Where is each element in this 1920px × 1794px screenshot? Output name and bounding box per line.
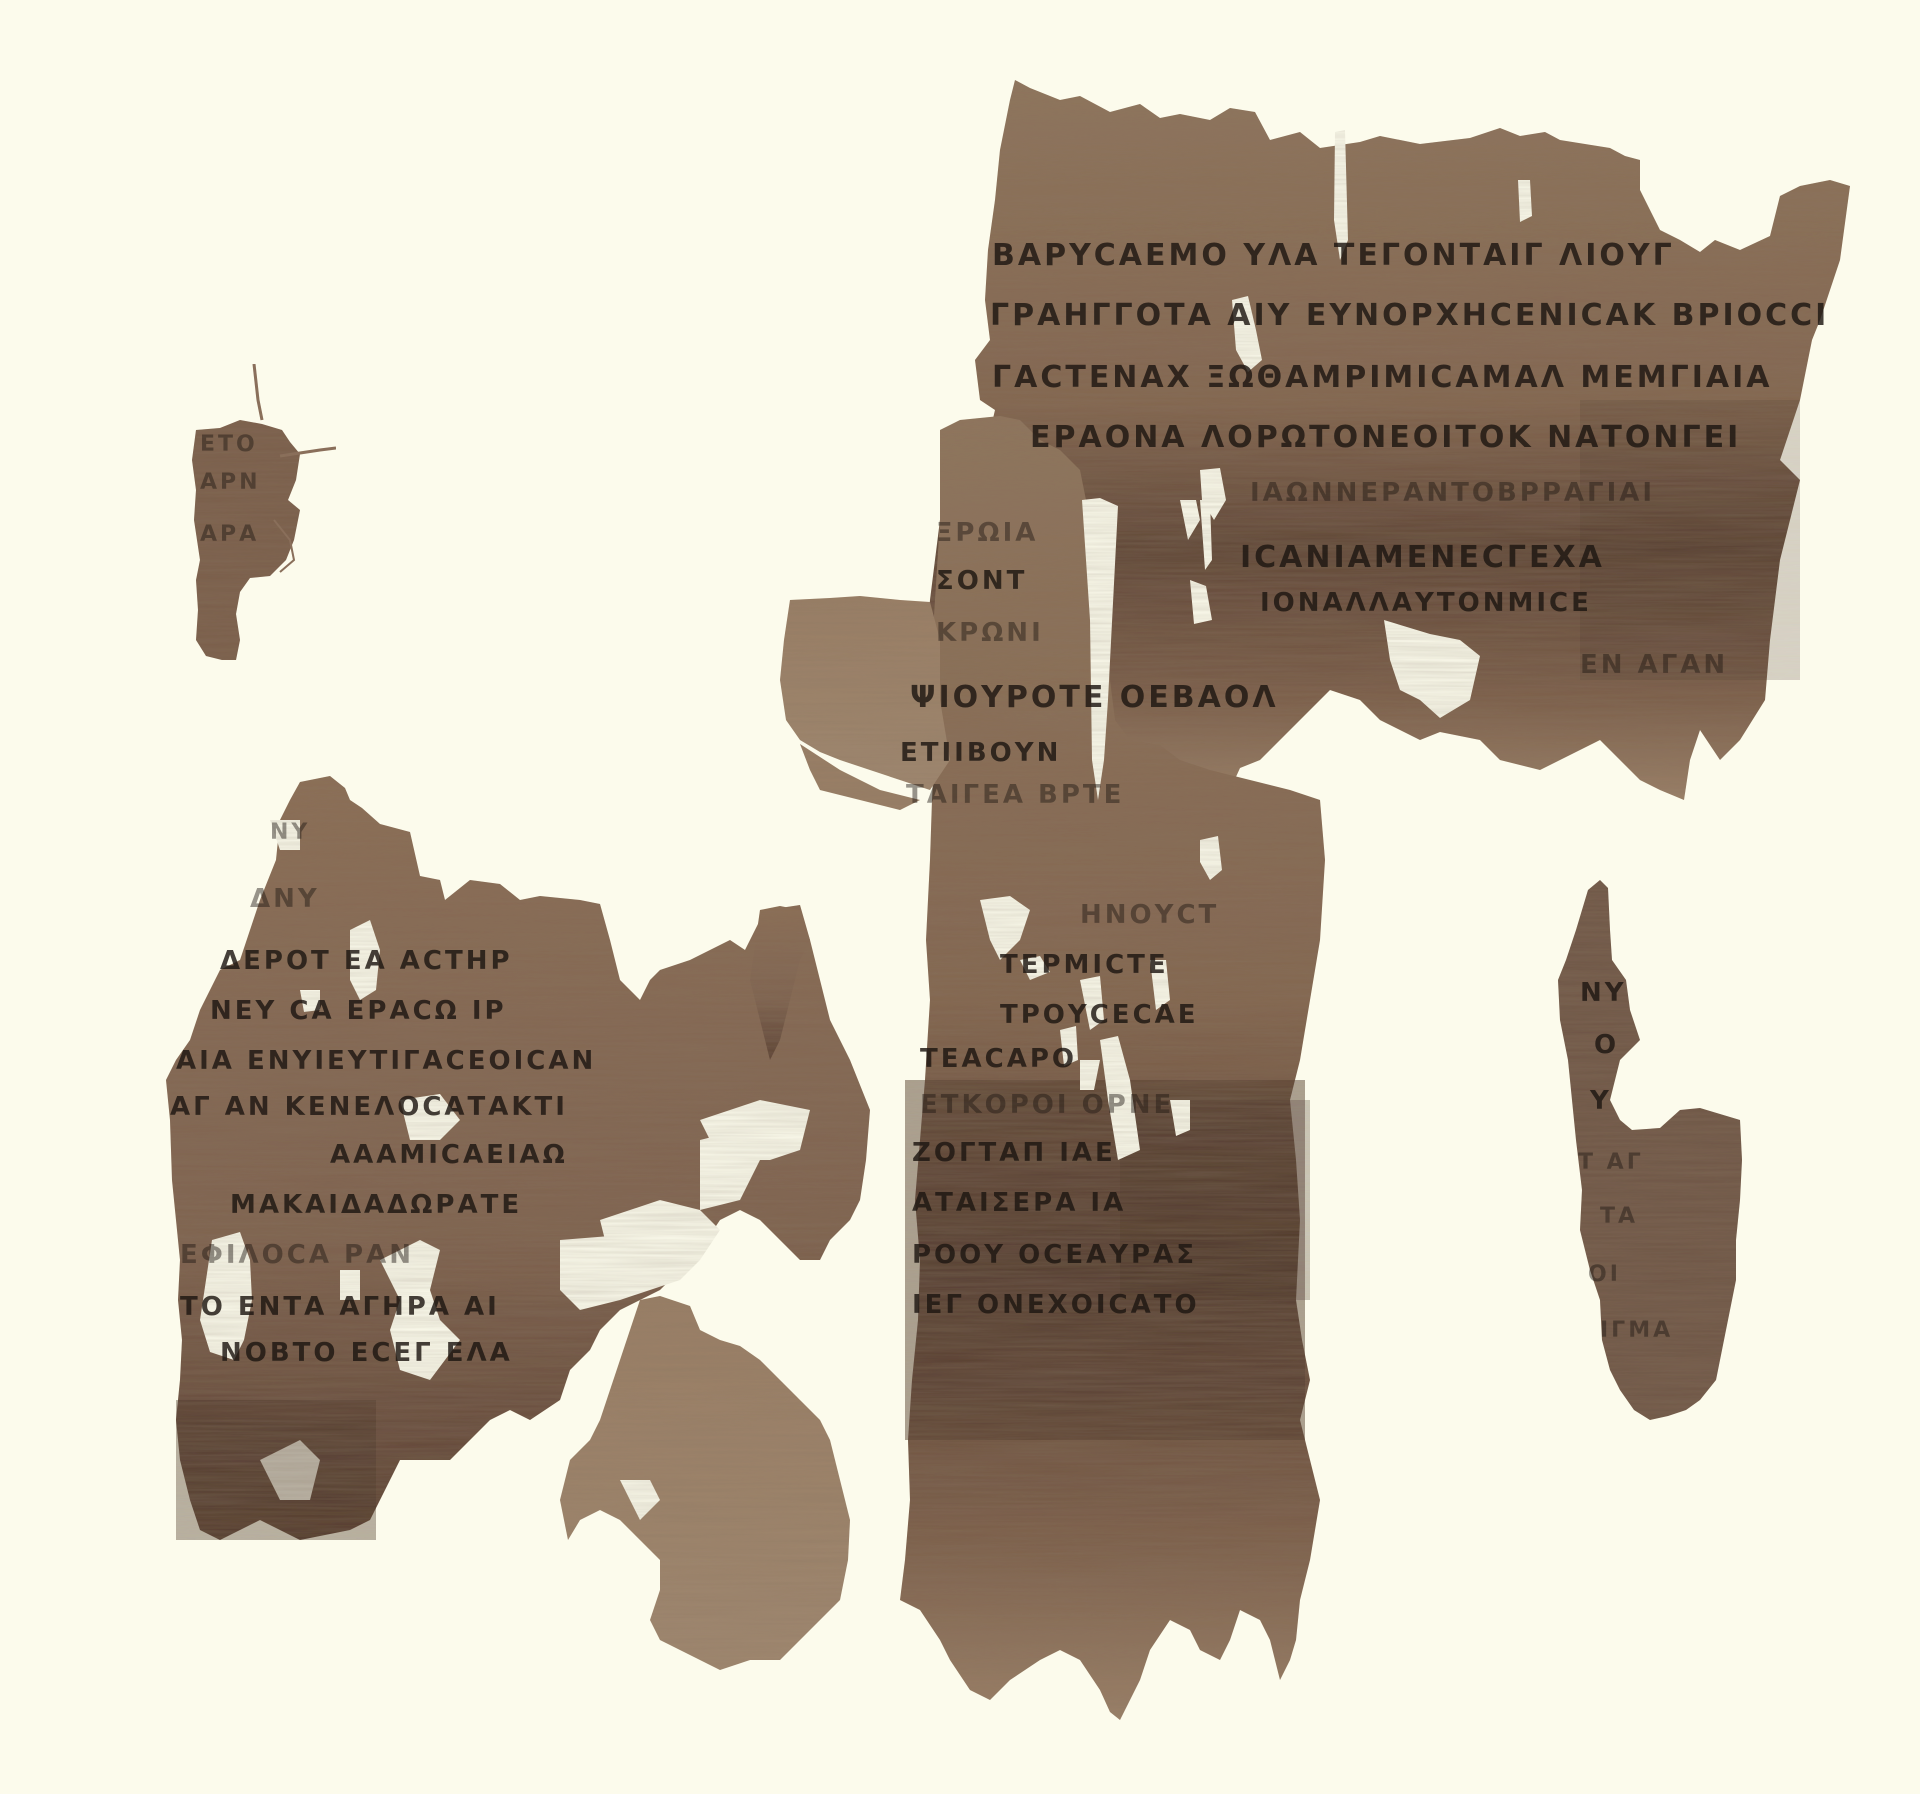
text-line: ΨΙΟΥΡΟΤΕ ΟΕΒΑΟΛ [910, 680, 1279, 715]
text-line: ΑΙΑ ΕΝΥΙΕΥΤΙΓΑϹΕΟΙϹΑΝ [176, 1046, 596, 1076]
text-line: ΕΤΚΟΡΟΙ ΟΡΝΕ [920, 1090, 1174, 1120]
text-line: ΕΤΟ [200, 432, 258, 457]
text-line: ΕΡΑΟΝΑ ΛΟΡΩΤΟΝΕΟΙΤΟΚ ΝΑΤΟΝΓΕΙ [1030, 420, 1741, 455]
text-line: ΤΡΟΥϹΕϹΑΕ [1000, 1000, 1199, 1030]
text-line: Ο [1594, 1030, 1619, 1060]
text-line: ΝΥ [1580, 978, 1627, 1008]
text-line: ΑΤΑΙΣΕΡΑ ΙΑ [912, 1188, 1126, 1218]
text-line: ΤΑ [1600, 1204, 1638, 1229]
text-line: ΝΟΒΤΟ ΕϹΕΓ ΕΛΑ [220, 1338, 513, 1368]
text-line: ΡΟΟΥ ΟϹΕΑΥΡΑΣ [912, 1240, 1197, 1270]
text-line: ΞΡΩΙΑ [936, 518, 1038, 548]
text-line: ΙΟΝΑΛΛΑΥΤΟΝΜΙϹΕ [1260, 588, 1592, 618]
text-line: ΣΟΝΤ [936, 566, 1027, 596]
text-line: ΓΑϹΤΕΝΑΧ ΞΩΘΑΜΡΙΜΙϹΑΜΑΛ ΜΕΜΓΙΑΙΑ [992, 360, 1772, 395]
papyrus-photograph: ΕΤΟ ΑΡΝ ΑΡΑ ΒΑΡΥϹΑΕΜΟ ΥΛΑ ΤΕΓΟΝΤΑΙΓ ΛΙΟΥ… [0, 0, 1920, 1794]
text-line: ΤΑΙΓΕΑ ΒΡΤΕ [906, 780, 1124, 810]
text-line: ΔΝΥ [250, 884, 320, 914]
text-line: ΔΕΡΟΤ ΕΑ ΑϹΤΗΡ [220, 946, 513, 976]
text-line: ΕΦΙΛΟϹΑ ΡΑΝ [180, 1240, 414, 1270]
text-line: ΙΑΩΝΝΕΡΑΝΤΟΒΡΡΑΓΙΑΙ [1250, 478, 1655, 508]
text-line: ΑΑΑΜΙϹΑΕΙΑΩ [330, 1140, 568, 1170]
text-line: ΝΕΥ ϹΑ ΕΡΑϹΩ ΙΡ [210, 996, 507, 1026]
text-line: ΕΤΙΙΒΟΥΝ [900, 738, 1061, 768]
text-line: Τ ΑΓ [1578, 1150, 1644, 1175]
text-line: ΤΟ ΕΝΤΑ ΑΓΗΡΑ ΑΙ [180, 1292, 500, 1322]
text-line: ΙϹΑΝΙΑΜΕΝΕϹΓΕΧΑ [1240, 540, 1605, 575]
text-line: Υ [1590, 1086, 1612, 1116]
text-line: ΤΕΑϹΑΡΟ [920, 1044, 1077, 1074]
text-line: ΤΕΡΜΙϹΤΕ [1000, 950, 1169, 980]
text-line: ΑΡΑ [200, 522, 259, 547]
small-top-left-fragment [192, 364, 336, 660]
text-line: ΕΝ ΑΓΑΝ [1580, 650, 1728, 680]
text-line: ΝΥ [270, 820, 310, 845]
text-line: ΙΓΜΑ [1600, 1318, 1673, 1343]
text-line: ΙΕΓ ΟΝΕΧΟΙϹΑΤΟ [912, 1290, 1200, 1320]
text-line: ΑΡΝ [200, 470, 261, 495]
text-line: ΜΑΚΑΙΔΑΔΩΡΑΤΕ [230, 1190, 522, 1220]
text-line: ΒΑΡΥϹΑΕΜΟ ΥΛΑ ΤΕΓΟΝΤΑΙΓ ΛΙΟΥΓ [992, 238, 1675, 273]
text-line: ΚΡΩΝΙ [936, 618, 1044, 648]
text-line: ΗΝΟΥϹΤ [1080, 900, 1219, 930]
text-line: ΟΙ [1588, 1262, 1621, 1287]
text-line: ΖΟΓΤΑΠ ΙΑΕ [912, 1138, 1116, 1168]
text-line: ΓΡΑΗΓΓΟΤΑ ΑΙΥ ΕΥΝΟΡΧΗϹΕΝΙϹΑΚ ΒΡΙΟϹϹΙ [990, 298, 1829, 333]
text-line: ΑΓ ΑΝ ΚΕΝΕΛΟϹΑΤΑΚΤΙ [170, 1092, 568, 1122]
